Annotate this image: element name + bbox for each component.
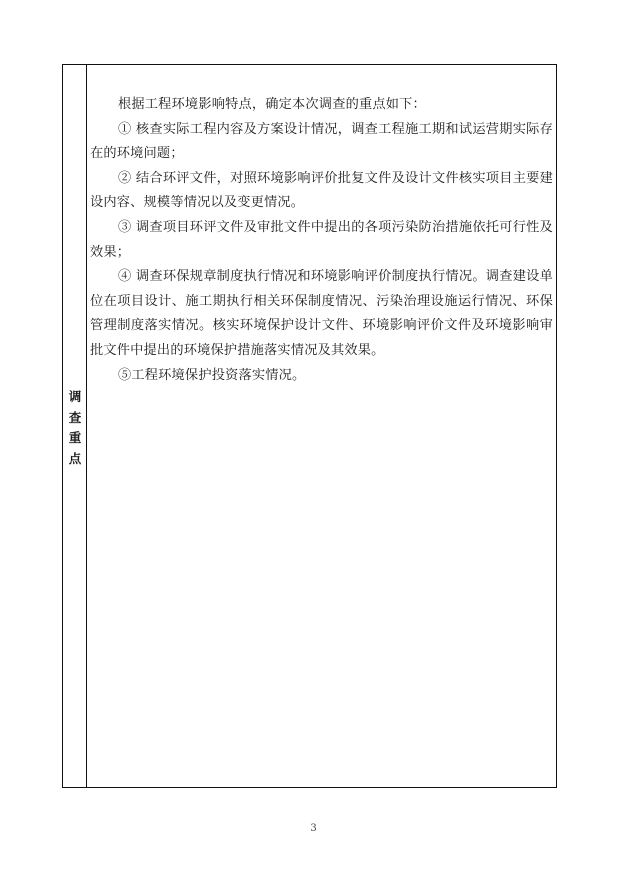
survey-focus-table: 调 查 重 点 根据工程环境影响特点，确定本次调查的重点如下： ① 核查实际工程…: [62, 64, 557, 788]
section-content: 根据工程环境影响特点，确定本次调查的重点如下： ① 核查实际工程内容及方案设计情…: [90, 93, 553, 388]
label-char: 查: [63, 408, 87, 429]
label-char: 调: [63, 387, 87, 408]
focus-item: ① 核查实际工程内容及方案设计情况，调查工程施工期和试运营期实际存在的环境问题；: [90, 118, 553, 167]
focus-item: ⑤工程环境保护投资落实情况。: [90, 364, 553, 389]
intro-paragraph: 根据工程环境影响特点，确定本次调查的重点如下：: [90, 93, 553, 118]
focus-item: ③ 调查项目环评文件及审批文件中提出的各项污染防治措施依托可行性及效果；: [90, 216, 553, 265]
focus-item: ④ 调查环保规章制度执行情况和环境影响评价制度执行情况。调查建设单位在项目设计、…: [90, 265, 553, 363]
label-char: 点: [63, 449, 87, 470]
focus-item: ② 结合环评文件，对照环境影响评价批复文件及设计文件核实项目主要建设内容、规模等…: [90, 167, 553, 216]
page-number: 3: [0, 823, 627, 834]
label-char: 重: [63, 428, 87, 449]
section-label: 调 查 重 点: [63, 387, 87, 469]
section-label-cell: 调 查 重 点: [63, 65, 87, 787]
